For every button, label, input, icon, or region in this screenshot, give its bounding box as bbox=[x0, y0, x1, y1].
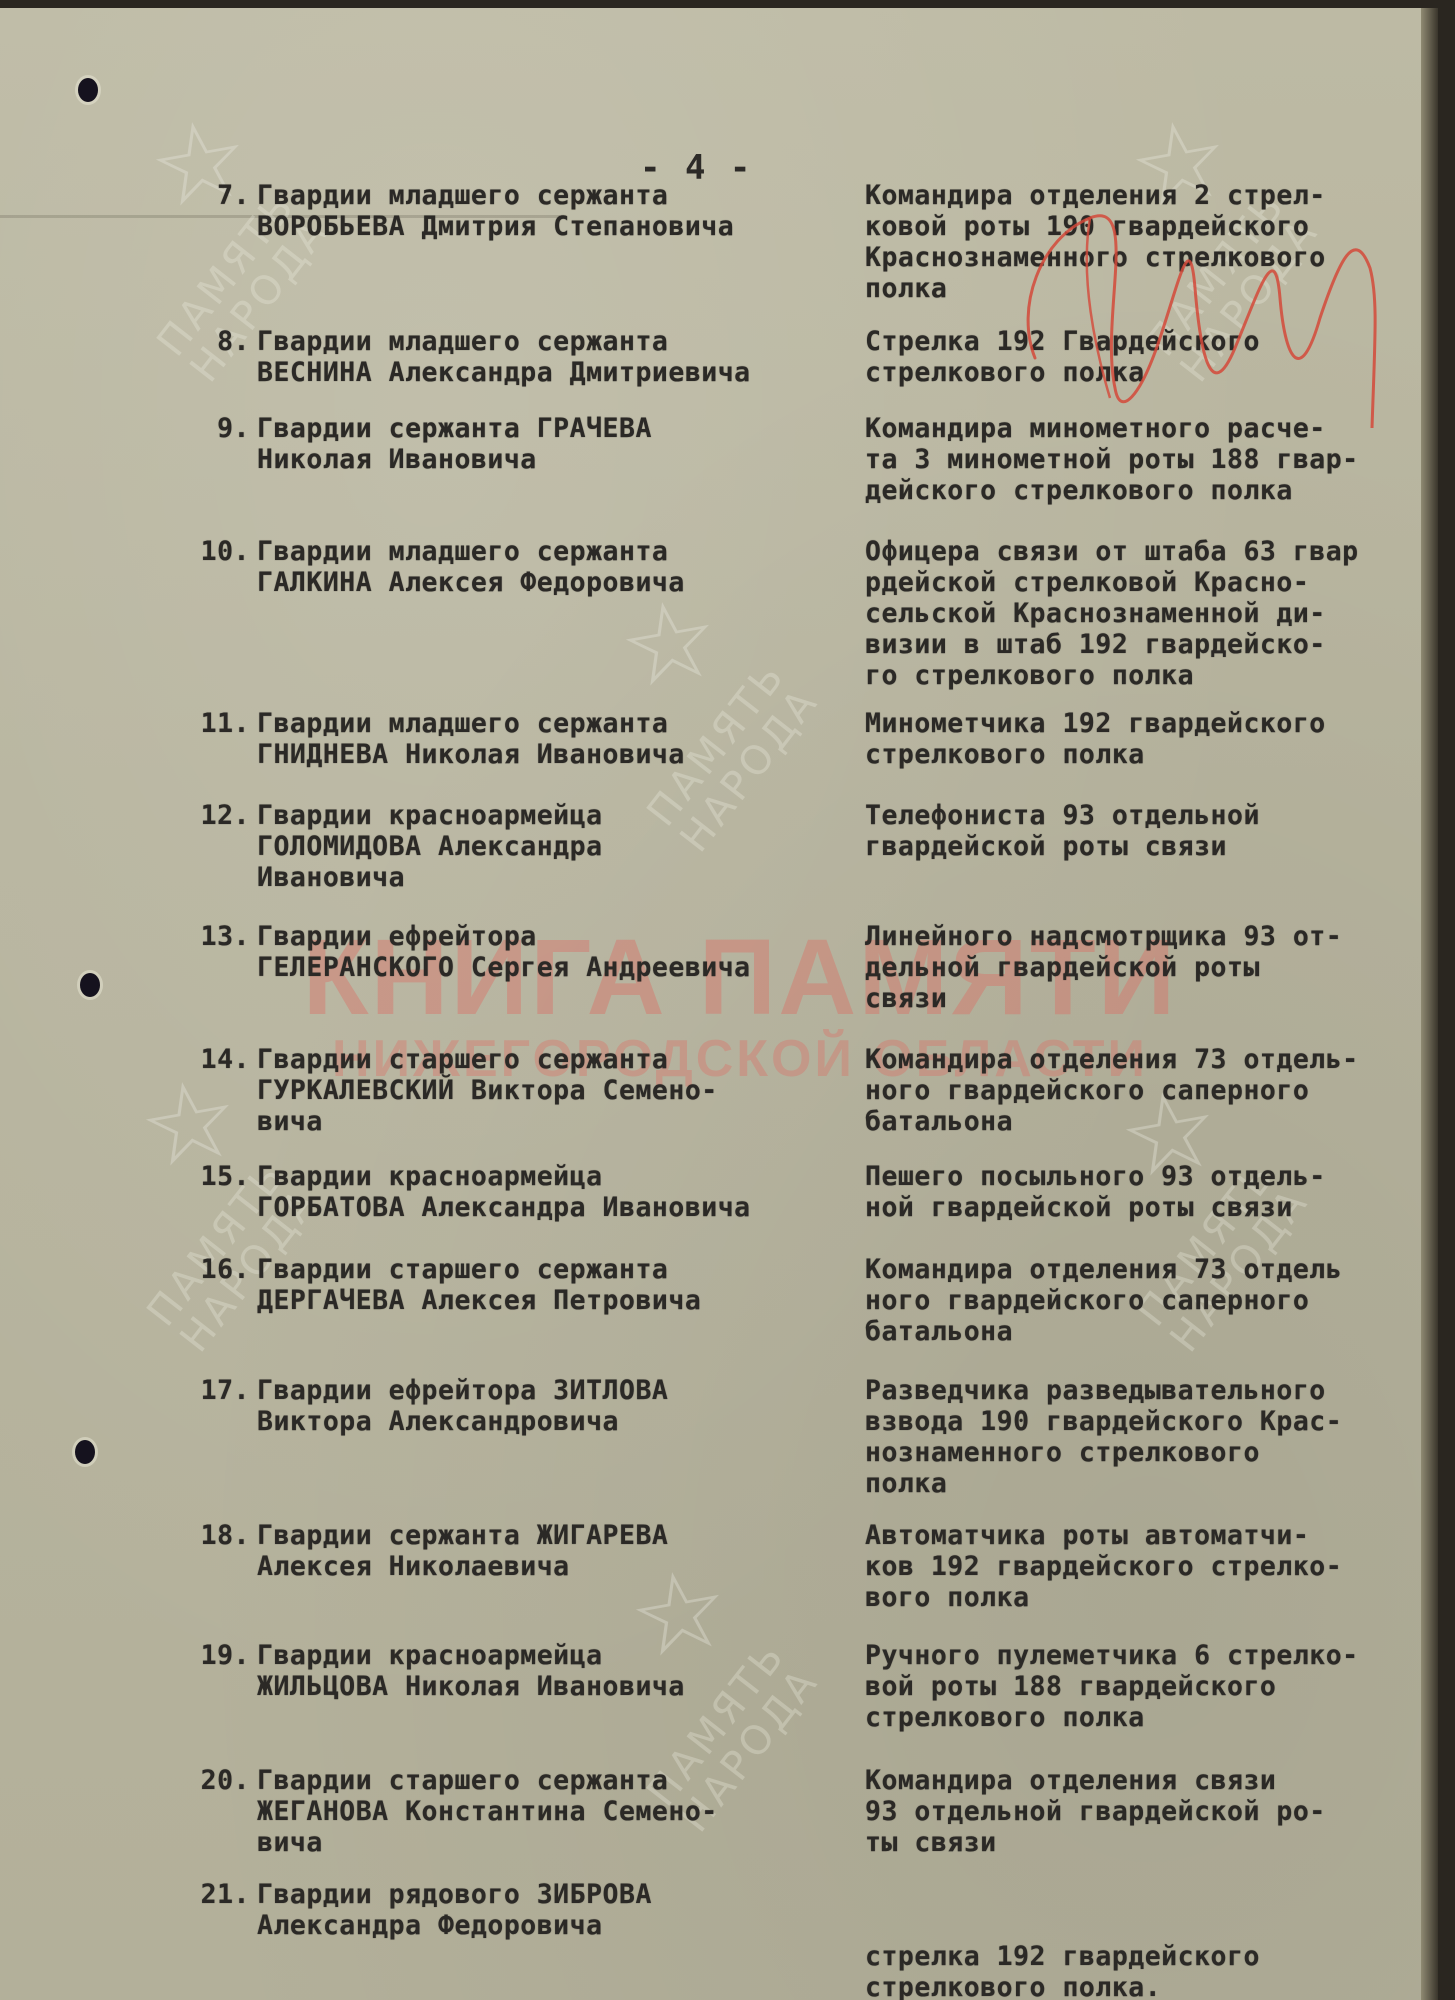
entry-number: 18. bbox=[180, 1520, 250, 1551]
entry-position: стрелка 192 гвардейского стрелкового пол… bbox=[865, 1879, 1438, 2000]
entry-number: 9. bbox=[180, 413, 250, 444]
document-page: ☆ ☆ ☆ ☆ ☆ ☆ ПАМЯТЬ НАРОДА ПАМЯТЬ НАРОДА … bbox=[0, 8, 1438, 2000]
entry-person: Гвардии рядового ЗИБРОВА Александра Федо… bbox=[257, 1879, 857, 1941]
entry-position: Разведчика разведывательного взвода 190 … bbox=[865, 1375, 1438, 1499]
entry-person: Гвардии красноармейца ГОЛОМИДОВА Алексан… bbox=[257, 800, 857, 893]
entry-position: Командира отделения 73 отдель ного гвард… bbox=[865, 1254, 1438, 1347]
entry-position: Минометчика 192 гвардейского стрелкового… bbox=[865, 708, 1438, 770]
entry-person: Гвардии ефрейтора ЗИТЛОВА Виктора Алекса… bbox=[257, 1375, 857, 1437]
entry-position: Командира отделения связи 93 отдельной г… bbox=[865, 1765, 1438, 1858]
entry-number: 7. bbox=[180, 180, 250, 211]
entry-number: 17. bbox=[180, 1375, 250, 1406]
punch-hole-icon bbox=[75, 1440, 95, 1464]
scan-edge bbox=[1421, 8, 1438, 2000]
entry-position: Ручного пулеметчика 6 стрелко- вой роты … bbox=[865, 1640, 1438, 1733]
entry-person: Гвардии сержанта ГРАЧЕВА Николая Иванови… bbox=[257, 413, 857, 475]
entry-number: 19. bbox=[180, 1640, 250, 1671]
entry-number: 14. bbox=[180, 1044, 250, 1075]
entry-person: Гвардии младшего сержанта ВОРОБЬЕВА Дмит… bbox=[257, 180, 857, 242]
entry-position: Стрелка 192 Гвардейского стрелкового пол… bbox=[865, 326, 1438, 388]
punch-hole-icon bbox=[78, 78, 98, 102]
entry-person: Гвардии красноармейца ГОРБАТОВА Александ… bbox=[257, 1161, 857, 1223]
entry-number: 11. bbox=[180, 708, 250, 739]
entry-position: Линейного надсмотрщика 93 от- дельной гв… bbox=[865, 921, 1438, 1014]
entry-person: Гвардии старшего сержанта ЖЕГАНОВА Конст… bbox=[257, 1765, 857, 1858]
entry-position: Командира отделения 73 отдель- ного гвар… bbox=[865, 1044, 1438, 1137]
entry-person: Гвардии сержанта ЖИГАРЕВА Алексея Никола… bbox=[257, 1520, 857, 1582]
entry-number: 16. bbox=[180, 1254, 250, 1285]
entry-person: Гвардии ефрейтора ГЕЛЕРАНСКОГО Сергея Ан… bbox=[257, 921, 857, 983]
entry-number: 12. bbox=[180, 800, 250, 831]
entry-person: Гвардии младшего сержанта ГАЛКИНА Алексе… bbox=[257, 536, 857, 598]
entry-position: Автоматчика роты автоматчи- ков 192 гвар… bbox=[865, 1520, 1438, 1613]
entry-position: Командира отделения 2 стрел- ковой роты … bbox=[865, 180, 1438, 304]
entry-person: Гвардии младшего сержанта ВЕСНИНА Алекса… bbox=[257, 326, 857, 388]
entry-number: 21. bbox=[180, 1879, 250, 1910]
red-army-star-icon: ☆ bbox=[611, 580, 727, 705]
punch-hole-icon bbox=[80, 973, 100, 997]
entry-number: 15. bbox=[180, 1161, 250, 1192]
entry-position: Пешего посыльного 93 отдель- ной гвардей… bbox=[865, 1161, 1438, 1223]
entry-position: Командира минометного расче- та 3 миноме… bbox=[865, 413, 1438, 506]
entry-person: Гвардии старшего сержанта ДЕРГАЧЕВА Алек… bbox=[257, 1254, 857, 1316]
entry-number: 20. bbox=[180, 1765, 250, 1796]
entry-person: Гвардии младшего сержанта ГНИДНЕВА Никол… bbox=[257, 708, 857, 770]
entry-position: Телефониста 93 отдельной гвардейской рот… bbox=[865, 800, 1438, 862]
entry-person: Гвардии старшего сержанта ГУРКАЛЕВСКИЙ В… bbox=[257, 1044, 857, 1137]
entry-number: 10. bbox=[180, 536, 250, 567]
entry-number: 8. bbox=[180, 326, 250, 357]
entry-person: Гвардии красноармейца ЖИЛЬЦОВА Николая И… bbox=[257, 1640, 857, 1702]
entry-position: Офицера связи от штаба 63 гвар рдейской … bbox=[865, 536, 1438, 691]
entry-number: 13. bbox=[180, 921, 250, 952]
